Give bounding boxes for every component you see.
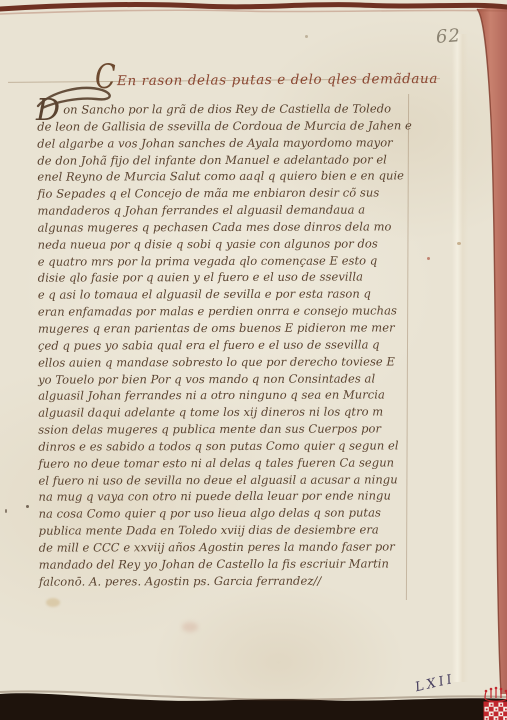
ink-speck bbox=[457, 242, 461, 245]
manuscript-line: e quatro mrs por la prima vegada qlo com… bbox=[38, 252, 418, 270]
manuscript-line: alguasil daqui adelante q tome los xij d… bbox=[38, 404, 418, 422]
manuscript-line: mandaderos q Johan ferrandes el alguasil… bbox=[38, 201, 418, 219]
manuscript-line: na cosa Como quier q por uso lieua algo … bbox=[39, 505, 419, 523]
manuscript-line: de mill e CCC e xxviij años Agostin pere… bbox=[39, 538, 419, 556]
manuscript-line: alguasil Johan ferrandes ni a otro ningu… bbox=[38, 387, 418, 405]
manuscript-line: e q asi lo tomaua el alguasil de sevilla… bbox=[38, 286, 418, 304]
manuscript-line: de leon de Gallisia de ssevilla de Cordo… bbox=[37, 117, 417, 135]
parchment-stain bbox=[182, 622, 198, 632]
ink-speck bbox=[427, 257, 430, 260]
parchment-stain bbox=[46, 598, 60, 607]
manuscript-line: çed q pues yo sabia qual era el fuero e … bbox=[38, 336, 418, 354]
manuscript-line: ssion delas mugeres q publica mente dan … bbox=[38, 420, 418, 438]
manuscript-line: falconō. A. peres. Agostin ps. Garcia fe… bbox=[39, 572, 419, 590]
parchment-crease bbox=[452, 34, 468, 682]
manuscript-line: dinros e es sabido a todos q son putas C… bbox=[38, 437, 418, 455]
manuscript-line: de don Johã fijo del infante don Manuel … bbox=[37, 151, 417, 169]
manuscript-page: 62 C En rason delas putas e delo qles de… bbox=[0, 0, 507, 720]
manuscript-line: el fuero ni uso de sevilla no deue el al… bbox=[38, 471, 418, 489]
manuscript-line: yo Touelo por bien Por q vos mando q non… bbox=[38, 370, 418, 388]
manuscript-line: fuero no deue tomar esto ni al delas q t… bbox=[38, 454, 418, 472]
manuscript-line: ellos auien q mandase sobresto lo que po… bbox=[38, 353, 418, 371]
manuscript-line: na mug q vaya con otro ni puede della le… bbox=[39, 488, 419, 506]
manuscript-line: disie qlo fasie por q auien y el fuero e… bbox=[38, 269, 418, 287]
ink-speck bbox=[26, 505, 29, 508]
manuscript-line: enel Reyno de Murcia Salut como aaql q q… bbox=[37, 168, 417, 186]
chapter-heading: En rason delas putas e delo qles demãdau… bbox=[117, 71, 447, 89]
manuscript-line: fio Sepades q el Concejo de mãa me enbia… bbox=[37, 185, 417, 203]
bottom-shadow bbox=[0, 693, 507, 720]
ink-speck bbox=[5, 509, 7, 513]
manuscript-line: del algarbe a vos Johan sanches de Ayala… bbox=[37, 134, 417, 152]
folio-number: 62 bbox=[435, 25, 461, 48]
manuscript-line: algunas mugeres q pechasen Cada mes dose… bbox=[38, 218, 418, 236]
manuscript-body: on Sancho por la grã de dios Rey de Cast… bbox=[37, 100, 419, 590]
manuscript-line: eran enfamadas por malas e perdien onrra… bbox=[38, 302, 418, 320]
folio-roman-numeral: LXII bbox=[414, 672, 457, 696]
red-fore-edge bbox=[477, 6, 507, 694]
manuscript-line: publica mente Dada en Toledo xviij dias … bbox=[39, 521, 419, 539]
top-page-edge bbox=[0, 5, 507, 9]
manuscript-line: mandado del Rey yo Johan de Castello la … bbox=[39, 555, 419, 573]
manuscript-line: mugeres q eran parientas de oms buenos E… bbox=[38, 319, 418, 337]
archive-crest-icon bbox=[481, 686, 507, 720]
ink-speck bbox=[305, 35, 308, 38]
manuscript-line: on Sancho por la grã de dios Rey de Cast… bbox=[37, 100, 417, 118]
manuscript-line: neda nueua por q disie q sobi q yasie co… bbox=[38, 235, 418, 253]
